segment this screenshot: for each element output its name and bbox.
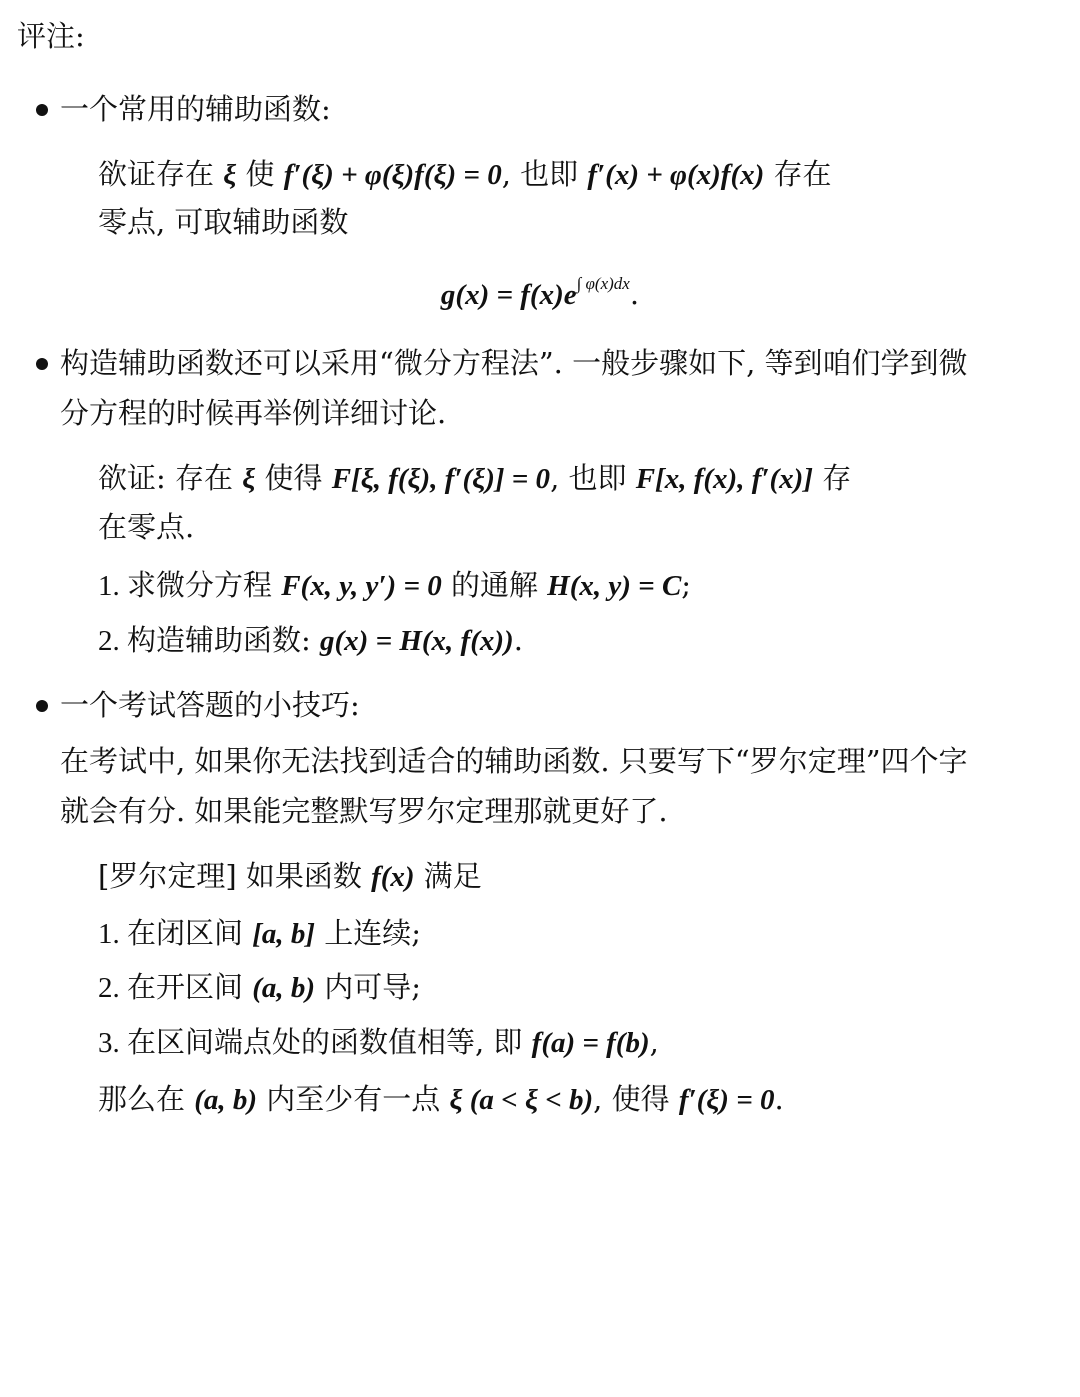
step-2: 2. 构造辅助函数: g(x) = H(x, f(x)). (98, 620, 523, 661)
section2-line1: 构造辅助函数还可以采用“微分方程法”. 一般步骤如下, 等到咱们学到微 (60, 343, 968, 383)
theorem-conclusion: 那么在 (a, b) 内至少有一点 ξ (a < ξ < b), 使得 f′(ξ… (98, 1079, 784, 1120)
section3-title: 一个考试答题的小技巧: (60, 685, 360, 725)
remarks-heading-text: 评注: (17, 19, 85, 53)
math-expression: f(x) (371, 861, 414, 893)
math-expression: f′(x) + φ(x)f(x) (587, 159, 764, 191)
math-expression: ξ (a < ξ < b) (449, 1084, 593, 1116)
theorem-title: [罗尔定理] 如果函数 f(x) 满足 (98, 856, 482, 897)
section2-para-line2: 在零点. (98, 507, 194, 547)
section3-para-line2: 就会有分. 如果能完整默写罗尔定理那就更好了. (60, 791, 668, 831)
math-expression: g(x) = H(x, f(x)) (320, 625, 514, 657)
step-1: 1. 求微分方程 F(x, y, y′) = 0 的通解 H(x, y) = C… (98, 565, 691, 606)
section1-title: 一个常用的辅助函数: (60, 89, 331, 129)
math-xi: ξ (223, 159, 236, 191)
math-expression: (a, b) (252, 972, 315, 1004)
theorem-condition-3: 3. 在区间端点处的函数值相等, 即 f(a) = f(b), (98, 1022, 659, 1063)
bullet-icon (36, 700, 48, 712)
math-expression: f′(ξ) + φ(ξ)f(ξ) = 0 (284, 159, 502, 191)
math-xi: ξ (242, 463, 255, 495)
section1-para-line2: 零点, 可取辅助函数 (98, 202, 348, 242)
math-expression: H(x, y) = C (547, 570, 681, 602)
bullet-icon (36, 104, 48, 116)
math-expression: f(a) = f(b) (532, 1027, 650, 1059)
theorem-condition-1: 1. 在闭区间 [a, b] 上连续; (98, 913, 421, 954)
equation-exponent: ∫ φ(x)dx (577, 274, 630, 293)
display-equation: g(x) = f(x)e∫ φ(x)dx. (0, 274, 1080, 319)
math-expression: (a, b) (194, 1084, 257, 1116)
section2-line2: 分方程的时候再举例详细讨论. (60, 393, 446, 433)
section1-para-line1: 欲证存在 ξ 使 f′(ξ) + φ(ξ)f(ξ) = 0, 也即 f′(x) … (98, 154, 831, 195)
section2-para-line1: 欲证: 存在 ξ 使得 F[ξ, f(ξ), f′(ξ)] = 0, 也即 F[… (98, 458, 851, 499)
math-expression: F[ξ, f(ξ), f′(ξ)] = 0 (332, 463, 550, 495)
theorem-condition-2: 2. 在开区间 (a, b) 内可导; (98, 967, 421, 1008)
math-expression: F[x, f(x), f′(x)] (636, 463, 813, 495)
math-expression: F(x, y, y′) = 0 (281, 570, 442, 602)
equation-lhs: g(x) = f(x)e (441, 279, 577, 311)
remarks-heading: 评注: (17, 16, 85, 56)
math-expression: f′(ξ) = 0 (679, 1084, 775, 1116)
bullet-icon (36, 358, 48, 370)
math-expression: [a, b] (252, 918, 315, 950)
section3-para-line1: 在考试中, 如果你无法找到适合的辅助函数. 只要写下“罗尔定理”四个字 (60, 741, 968, 781)
